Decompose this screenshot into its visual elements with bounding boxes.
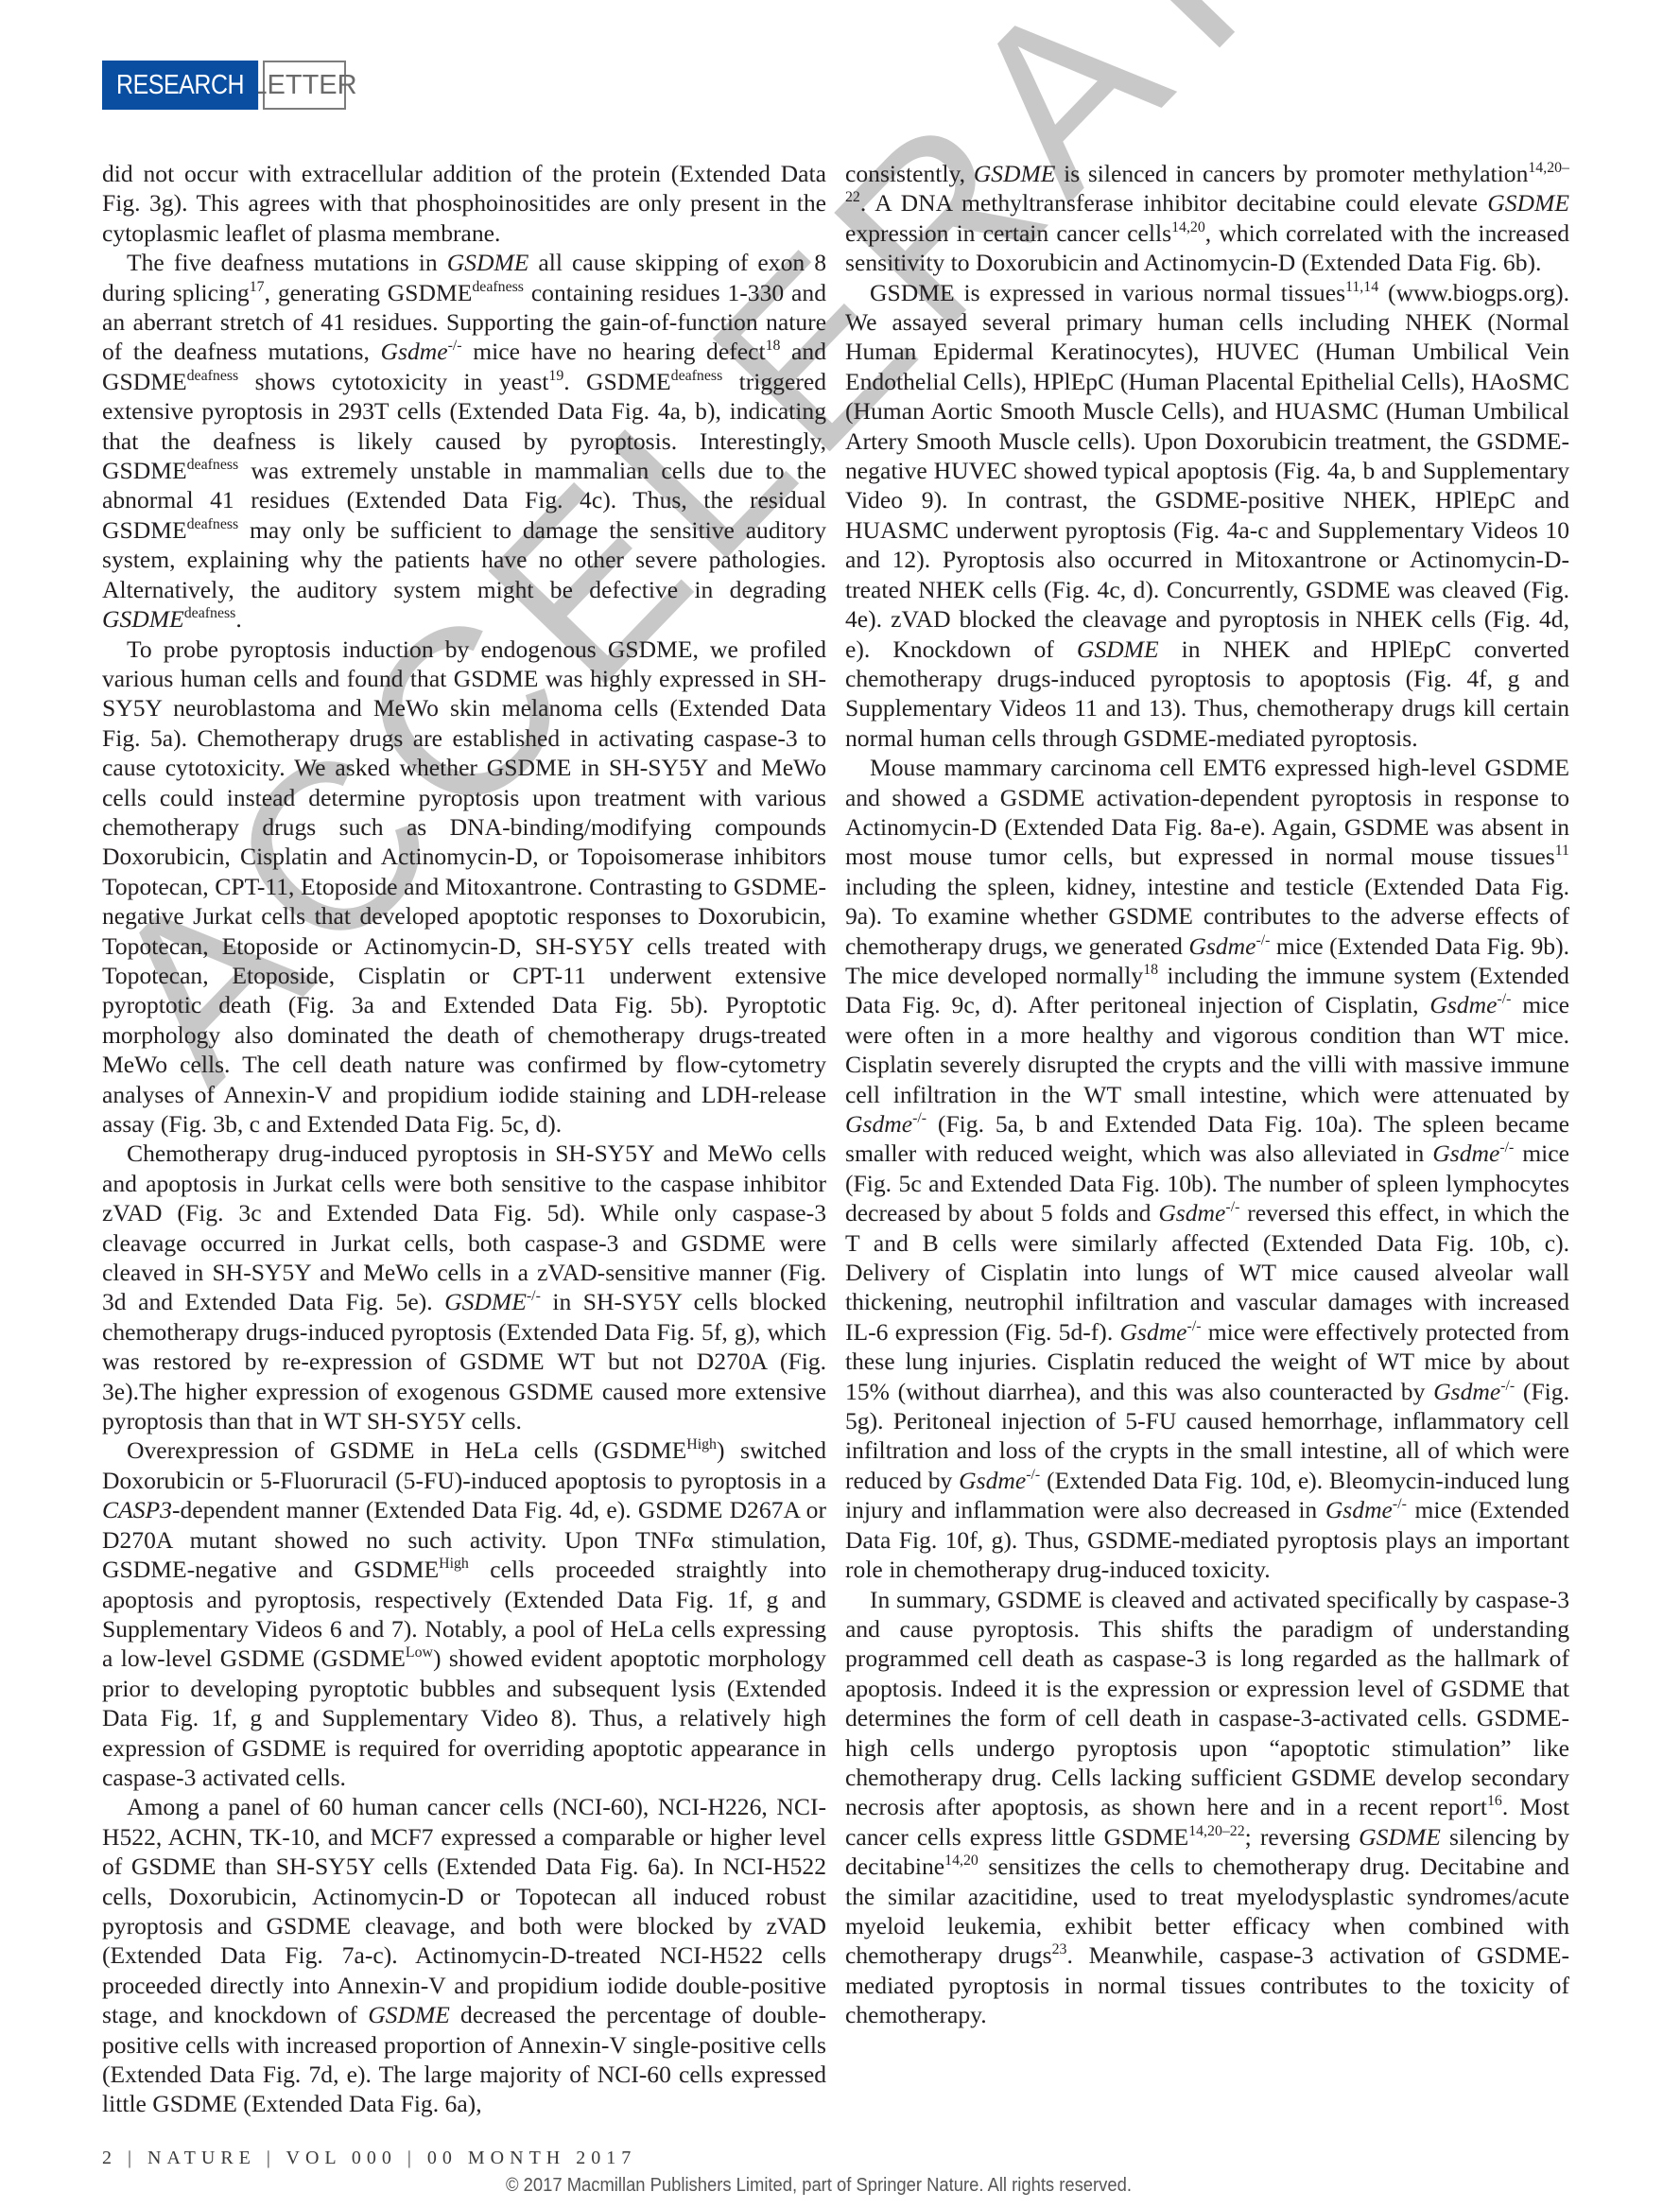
superscript: deafness [187,368,239,384]
superscript: deafness [184,605,236,621]
italic-term: GSDME [1487,189,1569,217]
section-label: RESEARCH [102,61,258,110]
body-column-right: consistently, GSDME is silenced in cance… [845,159,1569,2030]
body-paragraph: did not occur with extracellular additio… [102,159,826,248]
superscript: deafness [472,279,524,295]
italic-term: Gsdme [1429,991,1497,1018]
italic-term: GSDME [444,1288,527,1315]
superscript: -/- [527,1289,541,1305]
superscript: -/- [1225,1199,1239,1215]
italic-term: Gsdme [1119,1318,1186,1346]
superscript: 23 [1052,1942,1067,1958]
superscript: 19 [548,368,563,384]
body-paragraph: Overexpression of GSDME in HeLa cells (G… [102,1435,826,1792]
italic-term: GSDME [1359,1823,1441,1851]
superscript: Low [406,1644,433,1661]
superscript: 18 [1143,962,1158,978]
body-paragraph: consistently, GSDME is silenced in cance… [845,159,1569,278]
body-paragraph: In summary, GSDME is cleaved and activat… [845,1585,1569,2030]
superscript: -/- [1256,932,1270,948]
superscript: 14,20–22 [1188,1823,1244,1839]
italic-term: GSDME [102,605,184,633]
article-type-label: LETTER [263,61,346,110]
italic-term: CASP3 [102,1496,172,1523]
body-paragraph: Among a panel of 60 human cancer cells (… [102,1792,826,2118]
superscript: deafness [187,516,239,532]
superscript: deafness [671,368,723,384]
italic-term: Gsdme [1433,1378,1500,1405]
article-type-badge: RESEARCH LETTER [102,61,346,110]
body-paragraph: GSDME is expressed in various normal tis… [845,278,1569,754]
copyright-notice: © 2017 Macmillan Publishers Limited, par… [506,2175,1132,2197]
body-paragraph: Chemotherapy drug-induced pyroptosis in … [102,1139,826,1435]
superscript: -/- [912,1110,927,1126]
italic-term: GSDME [447,249,529,276]
superscript: 11 [1555,844,1569,860]
superscript: 14,20 [1171,219,1205,235]
body-paragraph: To probe pyroptosis induction by endogen… [102,635,826,1139]
superscript: deafness [187,457,239,473]
superscript: -/- [1187,1318,1202,1334]
italic-term: Gsdme [1325,1496,1393,1523]
superscript: 18 [766,339,781,355]
superscript: 16 [1487,1794,1502,1810]
italic-term: GSDME [1077,635,1159,663]
italic-term: Gsdme [959,1467,1026,1494]
superscript: High [439,1556,469,1572]
body-paragraph: The five deafness mutations in GSDME all… [102,248,826,634]
superscript: -/- [448,339,462,355]
superscript: -/- [1499,1140,1514,1157]
italic-term: Gsdme [1188,932,1256,960]
superscript: -/- [1497,992,1511,1008]
italic-term: GSDME [368,2001,450,2028]
italic-term: Gsdme [1432,1139,1499,1167]
superscript: 14,20–22 [845,160,1569,205]
superscript: -/- [1500,1378,1515,1394]
italic-term: Gsdme [845,1110,912,1138]
italic-term: Gsdme [381,338,448,365]
superscript: 11,14 [1345,279,1378,295]
page-folio: 2 | NATURE | VOL 000 | 00 MONTH 2017 [102,2148,636,2169]
superscript: High [686,1437,717,1453]
superscript: -/- [1026,1467,1040,1483]
body-paragraph: Mouse mammary carcinoma cell EMT6 expres… [845,753,1569,1584]
body-column-left: did not occur with extracellular additio… [102,159,826,2119]
superscript: 14,20 [944,1852,979,1869]
italic-term: GSDME [974,160,1056,187]
superscript: 17 [250,279,265,295]
superscript: -/- [1393,1496,1407,1512]
italic-term: Gsdme [1158,1199,1225,1226]
